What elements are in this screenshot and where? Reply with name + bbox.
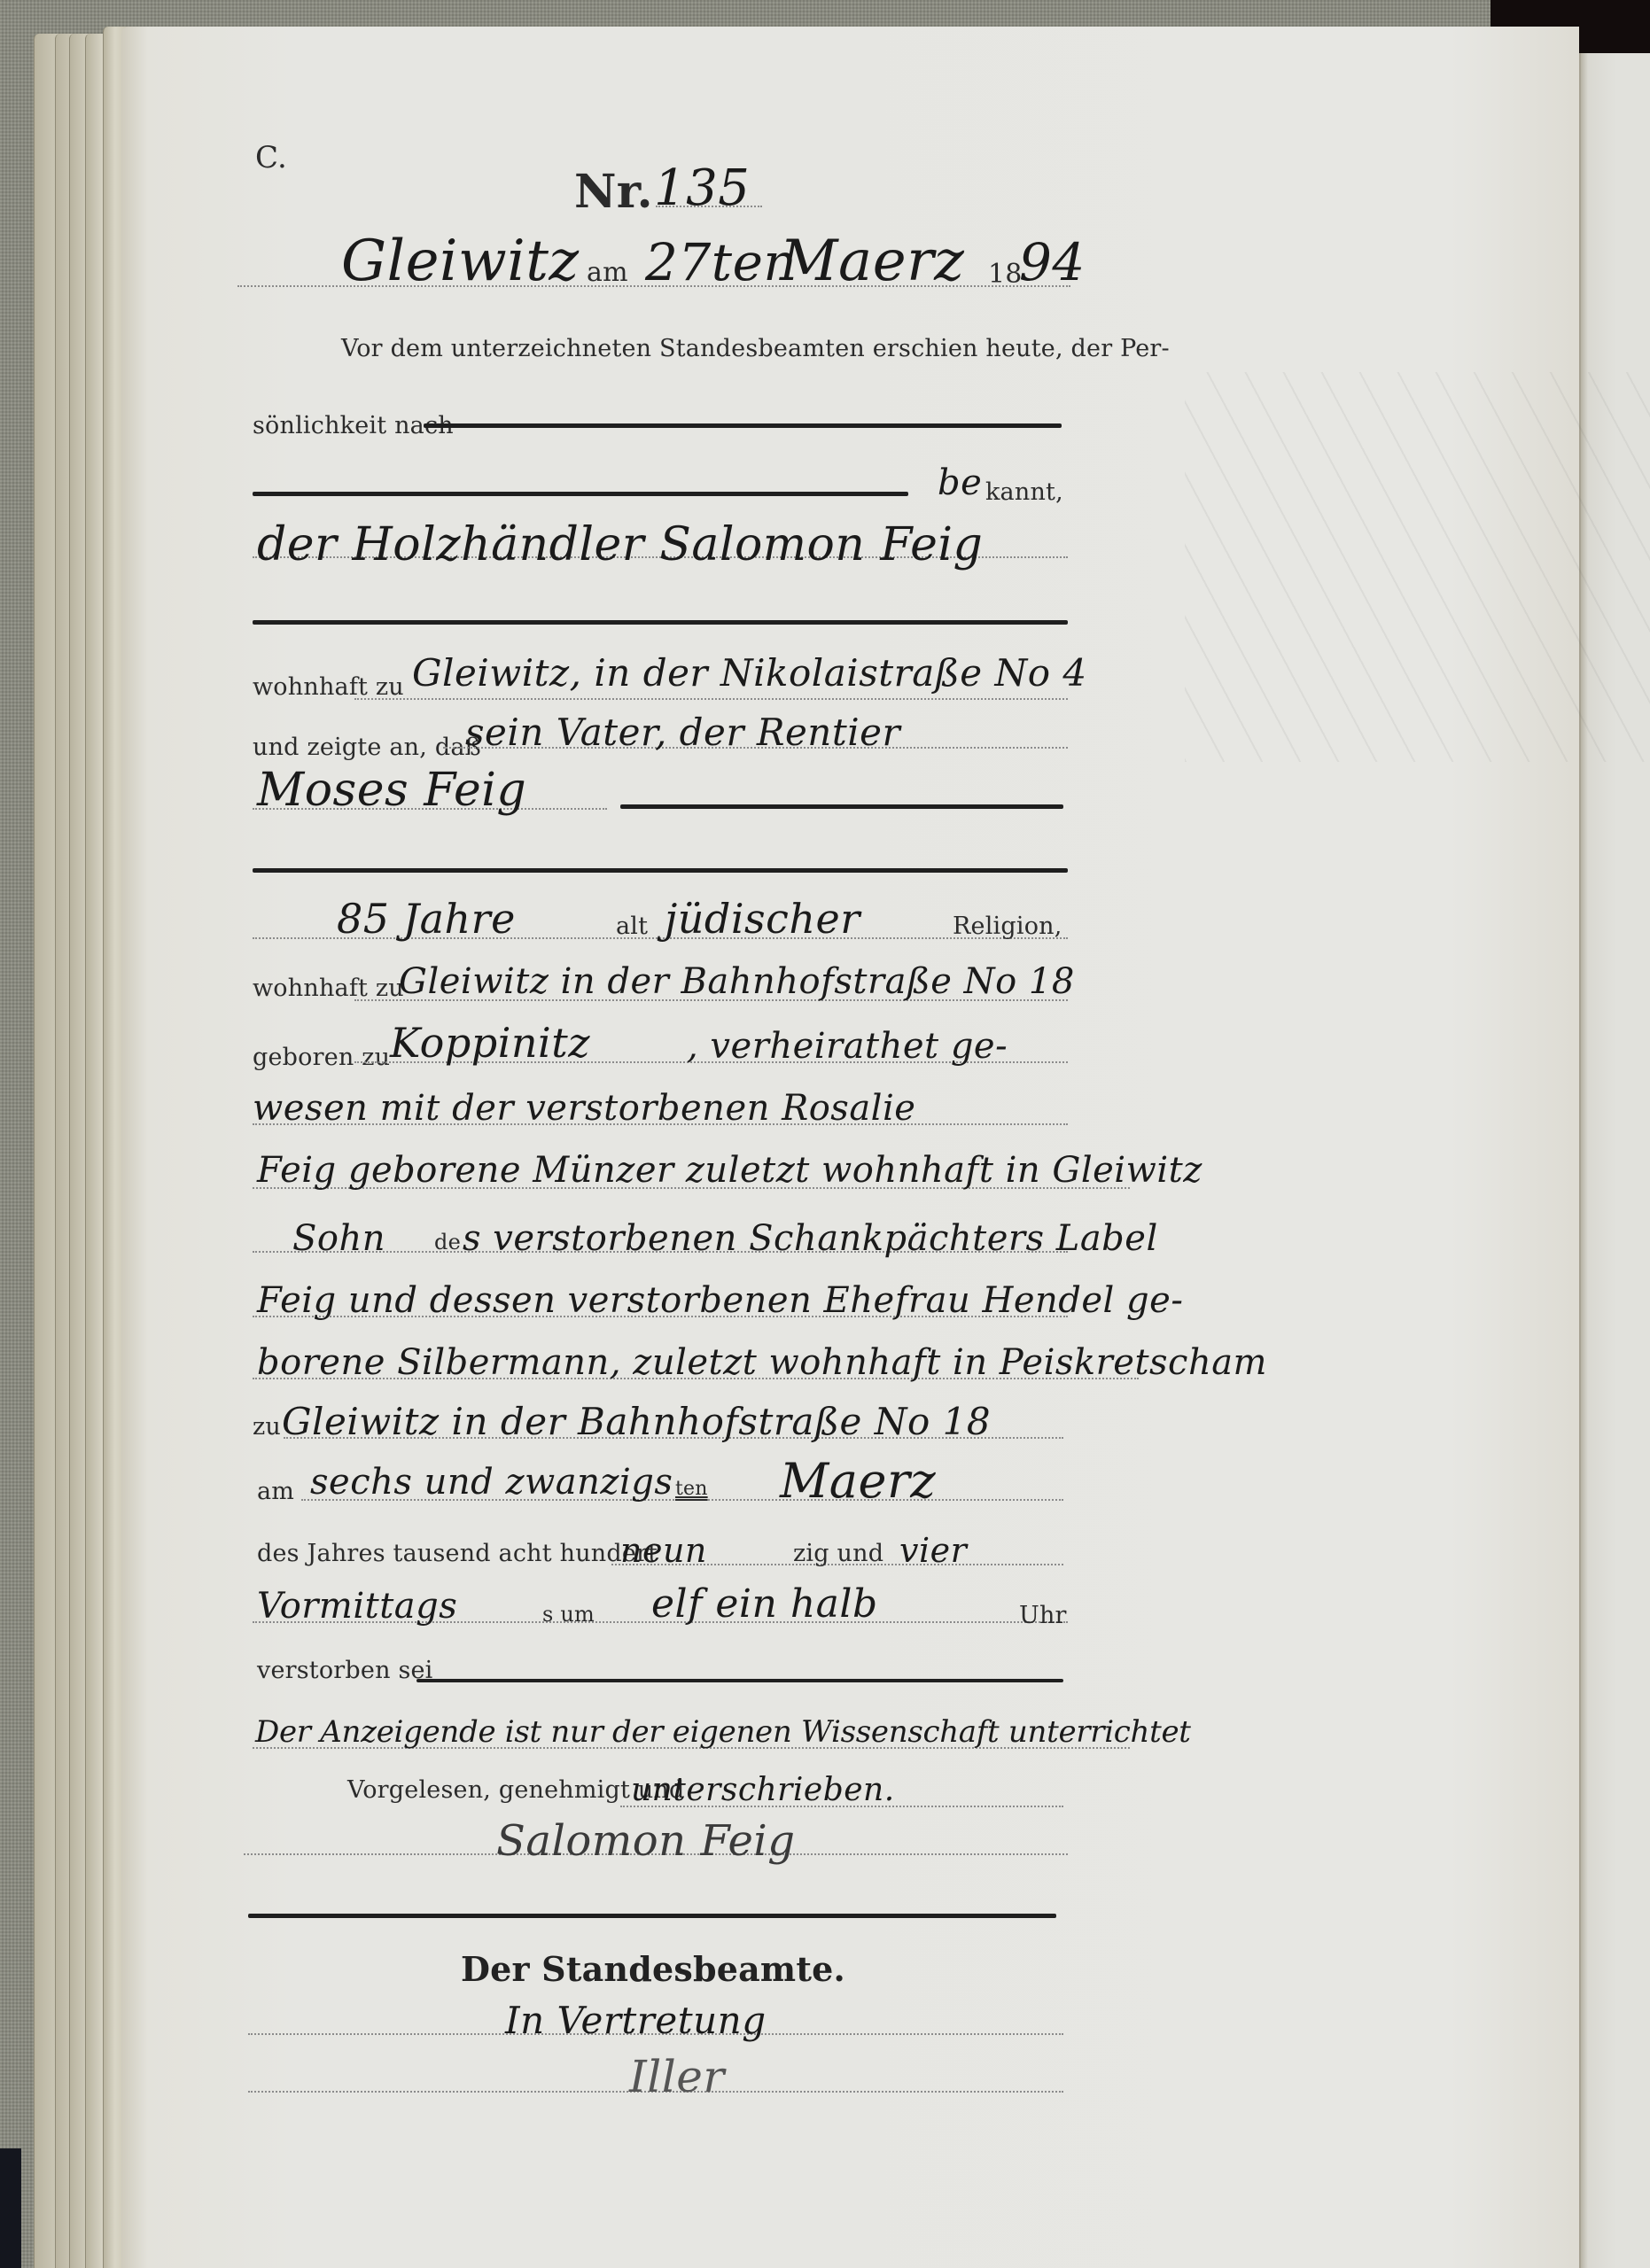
blank-line-rule xyxy=(253,620,1068,625)
death-place: Gleiwitz in der Bahnhofstraße No 18 xyxy=(282,1400,991,1443)
informant-residence: Gleiwitz, in der Nikolaistraße No 4 xyxy=(412,651,1087,695)
year-prefix: 18 xyxy=(988,259,1023,290)
printed-text: Vor dem unterzeichneten Standesbeamten e… xyxy=(341,335,1170,362)
informant-signature: Salomon Feig xyxy=(496,1816,796,1866)
remark-text: Der Anzeigende ist nur der eigenen Wisse… xyxy=(255,1714,1191,1750)
deceased-age: 85 Jahre xyxy=(337,895,516,943)
handwritten-text: , verheirathet ge- xyxy=(687,1026,1008,1067)
register-page xyxy=(121,27,1579,2268)
deceased-religion: jüdischer xyxy=(665,895,860,943)
printed-text: wohnhaft zu xyxy=(253,975,404,1002)
handwritten-text: s verstorbenen Schankpächters Label xyxy=(463,1218,1158,1259)
printed-text: des Jahres tausend acht hundert xyxy=(257,1540,658,1567)
blank-line-rule xyxy=(416,1679,1063,1682)
death-day: sechs und zwanzigs xyxy=(310,1462,673,1503)
printed-text: zu xyxy=(253,1413,281,1441)
printed-text: de xyxy=(434,1230,461,1254)
printed-text: ten xyxy=(675,1478,708,1500)
printed-text: wohnhaft zu xyxy=(253,673,404,701)
handwritten-text: Sohn xyxy=(292,1218,385,1259)
place-field: Gleiwitz xyxy=(341,229,580,294)
printed-text: geboren zu xyxy=(253,1044,390,1071)
handwritten-text: wesen mit der verstorbenen Rosalie xyxy=(253,1088,915,1129)
printed-text: kannt, xyxy=(985,478,1063,506)
deceased-birthplace: Koppinitz xyxy=(390,1019,590,1067)
printed-text: Uhr xyxy=(1019,1602,1067,1629)
death-time-of-day: Vormittags xyxy=(257,1586,457,1627)
register-number: 135 xyxy=(654,159,750,217)
form-letter: C. xyxy=(255,140,287,175)
printed-text: alt xyxy=(616,913,648,940)
month-field: Maerz xyxy=(780,229,964,294)
death-year-units: vier xyxy=(899,1531,967,1570)
handwritten-text: Feig und dessen verstorbenen Ehefrau Hen… xyxy=(257,1280,1183,1321)
death-hour: elf ein halb xyxy=(651,1581,878,1627)
blank-line-rule xyxy=(620,804,1063,809)
handwritten-text: unterschrieben. xyxy=(631,1772,895,1808)
printed-text: Religion, xyxy=(953,913,1062,940)
printed-text: s um xyxy=(542,1602,595,1627)
death-month: Maerz xyxy=(780,1453,936,1509)
official-title: Der Standesbeamte. xyxy=(461,1949,845,1989)
date-prefix: am xyxy=(587,257,628,288)
printed-text: zig und xyxy=(793,1540,883,1567)
blank-line-rule xyxy=(253,492,908,496)
handwritten-text: Feig geborene Münzer zuletzt wohnhaft in… xyxy=(257,1150,1202,1191)
ink-bleed-through xyxy=(1185,372,1650,762)
deceased-name: Moses Feig xyxy=(257,764,526,817)
register-label: Nr. xyxy=(574,165,653,219)
printed-text: am xyxy=(257,1478,294,1505)
handwritten-text: sein Vater, der Rentier xyxy=(465,711,900,754)
year-suffix: 94 xyxy=(1019,232,1086,292)
blank-line-rule xyxy=(424,423,1062,428)
informant-name: der Holzhändler Salomon Feig xyxy=(257,518,983,571)
background-shadow xyxy=(0,2148,21,2268)
deceased-residence: Gleiwitz in der Bahnhofstraße No 18 xyxy=(399,961,1075,1002)
printed-text: verstorben sei xyxy=(257,1657,433,1684)
separator-rule xyxy=(248,1914,1056,1918)
handwritten-text: be xyxy=(938,462,982,503)
handwritten-text: borene Silbermann, zuletzt wohnhaft in P… xyxy=(257,1342,1267,1383)
official-signature: Iller xyxy=(629,2051,725,2102)
dotted-line xyxy=(354,698,1068,700)
official-deputy-note: In Vertretung xyxy=(505,1999,767,2042)
day-field: 27ten xyxy=(645,232,797,292)
death-year-tens: neun xyxy=(620,1531,707,1570)
blank-line-rule xyxy=(253,868,1068,873)
dotted-line xyxy=(656,206,762,207)
